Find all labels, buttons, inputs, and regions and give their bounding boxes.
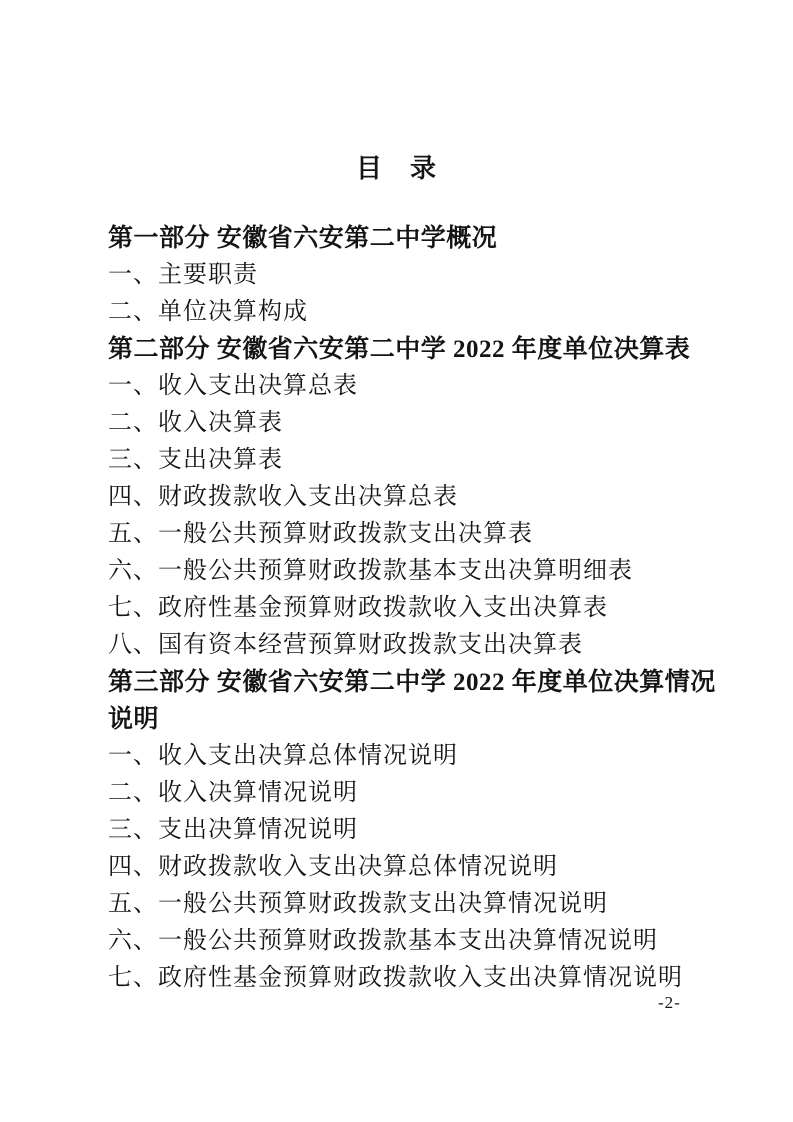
toc-item: 六、一般公共预算财政拨款基本支出决算明细表 — [108, 553, 728, 590]
toc-item: 一、主要职责 — [108, 257, 728, 294]
toc-item: 八、国有资本经营预算财政拨款支出决算表 — [108, 627, 728, 664]
toc-item: 七、政府性基金预算财政拨款收入支出决算表 — [108, 590, 728, 627]
toc-list: 第一部分 安徽省六安第二中学概况一、主要职责二、单位决算构成第二部分 安徽省六安… — [108, 220, 728, 997]
toc-item: 四、财政拨款收入支出决算总体情况说明 — [108, 849, 728, 886]
toc-item: 一、收入支出决算总表 — [108, 368, 728, 405]
document-page: 目 录 第一部分 安徽省六安第二中学概况一、主要职责二、单位决算构成第二部分 安… — [0, 0, 793, 1122]
toc-item: 七、政府性基金预算财政拨款收入支出决算情况说明 — [108, 960, 728, 997]
toc-item: 二、收入决算表 — [108, 405, 728, 442]
toc-item: 三、支出决算表 — [108, 442, 728, 479]
toc-item: 二、收入决算情况说明 — [108, 775, 728, 812]
toc-item: 二、单位决算构成 — [108, 294, 728, 331]
section-heading: 第一部分 安徽省六安第二中学概况 — [108, 220, 728, 257]
toc-item: 一、收入支出决算总体情况说明 — [108, 738, 728, 775]
section-heading: 第三部分 安徽省六安第二中学 2022 年度单位决算情况说明 — [108, 664, 728, 738]
page-number: -2- — [658, 993, 681, 1013]
toc-item: 五、一般公共预算财政拨款支出决算情况说明 — [108, 886, 728, 923]
toc-item: 四、财政拨款收入支出决算总表 — [108, 479, 728, 516]
page-title: 目 录 — [0, 148, 793, 185]
toc-item: 三、支出决算情况说明 — [108, 812, 728, 849]
section-heading: 第二部分 安徽省六安第二中学 2022 年度单位决算表 — [108, 331, 728, 368]
toc-item: 五、一般公共预算财政拨款支出决算表 — [108, 516, 728, 553]
toc-item: 六、一般公共预算财政拨款基本支出决算情况说明 — [108, 923, 728, 960]
